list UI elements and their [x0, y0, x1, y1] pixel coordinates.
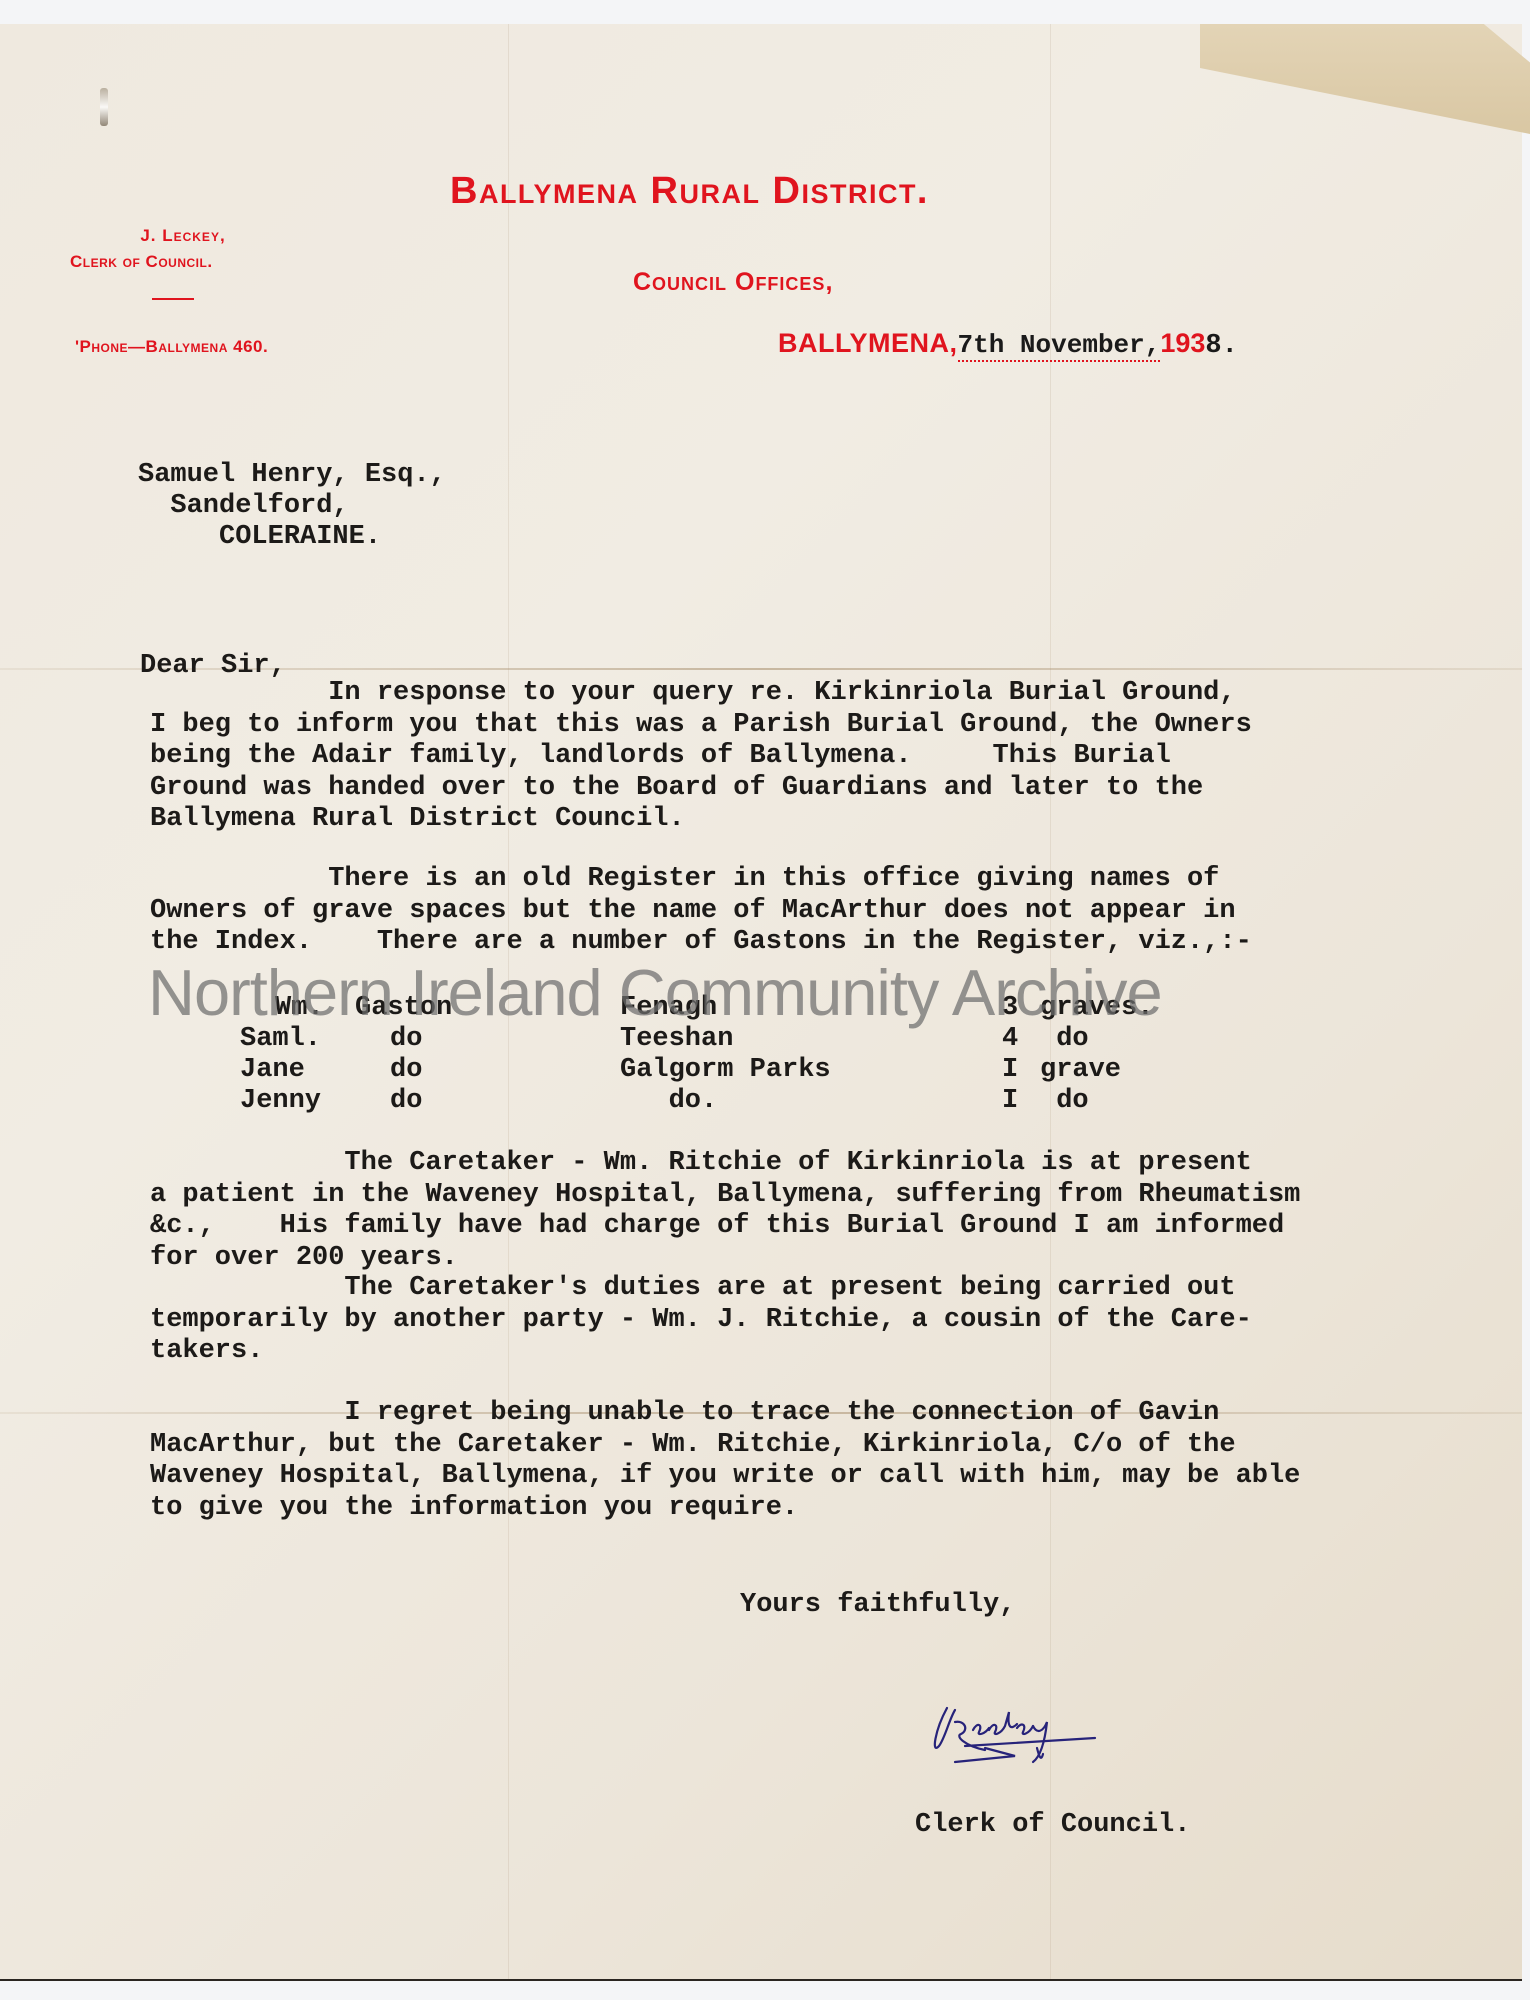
clerk-title: Clerk of Council.	[70, 252, 213, 272]
year-prefix: 193	[1160, 328, 1205, 358]
addressee-name: Samuel Henry, Esq.,	[138, 460, 446, 491]
grave-count: I	[1002, 1086, 1018, 1116]
grave-unit: grave	[1040, 1055, 1121, 1085]
first-name: Jenny	[240, 1086, 321, 1116]
paragraph-caretaker: The Caretaker - Wm. Ritchie of Kirkinrio…	[150, 1148, 1300, 1274]
letterhead-rule	[152, 298, 194, 300]
pin-hole	[100, 88, 108, 126]
place: BALLYMENA,	[778, 328, 958, 358]
council-offices: Council Offices,	[633, 268, 833, 297]
archive-watermark: Northern Ireland Community Archive	[148, 955, 1162, 1030]
signoff-title: Clerk of Council.	[915, 1810, 1190, 1842]
grave-count: I	[1002, 1055, 1018, 1085]
handwritten-signature	[925, 1700, 1135, 1780]
paragraph-burial-ground: In response to your query re. Kirkinriol…	[150, 678, 1252, 836]
year-last-digit: 8.	[1205, 331, 1237, 361]
dateline: BALLYMENA,7th November,1938.	[778, 328, 1238, 361]
clerk-name: J. Leckey,	[108, 226, 258, 246]
place: Galgorm Parks	[620, 1055, 831, 1085]
letterhead-title: Ballymena Rural District.	[450, 170, 929, 213]
place: do.	[620, 1086, 717, 1116]
paragraph-duties: The Caretaker's duties are at present be…	[150, 1273, 1252, 1368]
first-name: Jane	[240, 1055, 305, 1085]
paragraph-register: There is an old Register in this office …	[150, 864, 1252, 959]
addressee-town: COLERAINE.	[138, 522, 446, 553]
paragraph-regret: I regret being unable to trace the conne…	[150, 1398, 1300, 1524]
addressee-street: Sandelford,	[138, 491, 446, 522]
phone-number: 'Phone—Ballymena 460.	[75, 337, 268, 357]
surname: do	[390, 1055, 422, 1085]
surname: do	[390, 1086, 422, 1116]
date-typed: 7th November,	[958, 330, 1161, 362]
addressee-block: Samuel Henry, Esq., Sandelford, COLERAIN…	[138, 460, 446, 553]
closing: Yours faithfully,	[740, 1590, 1015, 1622]
grave-unit: do	[1040, 1086, 1089, 1116]
